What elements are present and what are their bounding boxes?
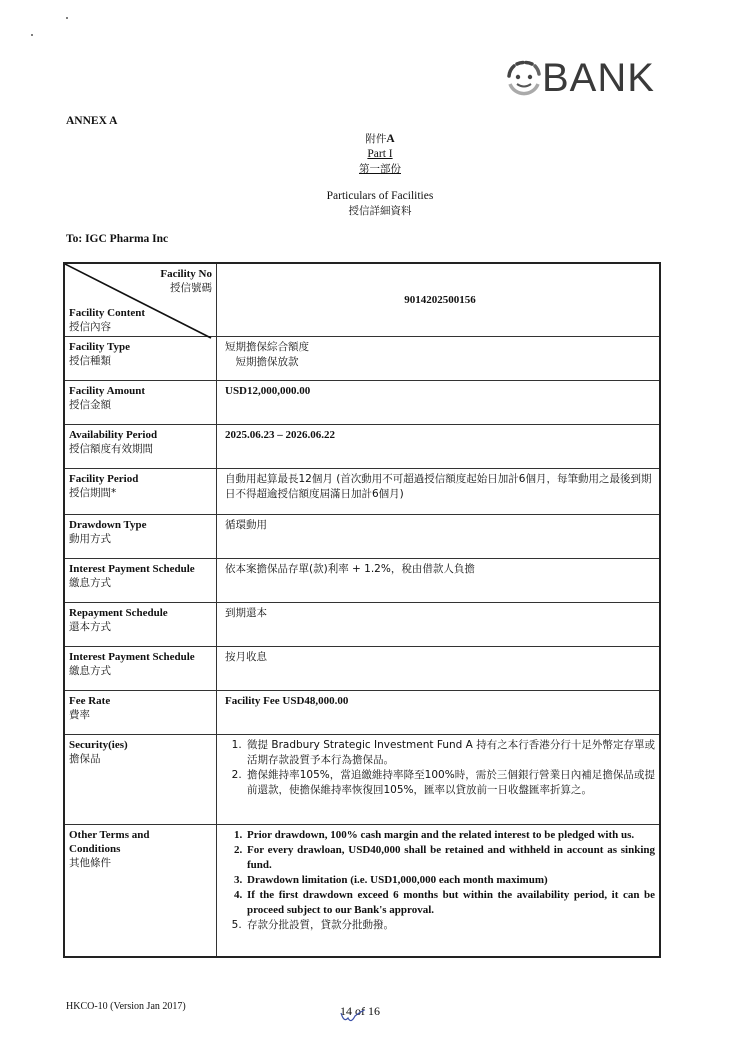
- table-row: Interest Payment Schedule繳息方式 按月收息: [64, 647, 660, 691]
- part-label: Part I: [250, 147, 510, 162]
- annex-label: ANNEX A: [66, 115, 117, 127]
- table-row: Security(ies)擔保品 徵提 Bradbury Strategic I…: [64, 735, 660, 825]
- list-item: 徵提 Bradbury Strategic Investment Fund A …: [245, 738, 655, 768]
- row-label: Security(ies)擔保品: [64, 735, 217, 825]
- title-zh: 授信詳細資料: [250, 204, 510, 219]
- list-item: 擔保維持率105%，當追繳維持率降至100%時，需於三個銀行營業日內補足擔保品或…: [245, 768, 655, 798]
- row-label: Interest Payment Schedule繳息方式: [64, 647, 217, 691]
- recipient: To: IGC Pharma Inc: [66, 233, 168, 245]
- row-value: 依本案擔保品存單(款)利率 + 1.2%，稅由借款人負擔: [217, 559, 661, 603]
- row-label: Drawdown Type動用方式: [64, 515, 217, 559]
- table-header-row: Facility No 授信號碼 Facility Content 授信內容 9…: [64, 263, 660, 337]
- table-row: Interest Payment Schedule繳息方式 依本案擔保品存單(款…: [64, 559, 660, 603]
- logo-text: BANK: [542, 58, 655, 98]
- part-heading: 附件A Part I 第一部份: [250, 132, 510, 177]
- row-label: Other Terms andConditions其他條件: [64, 825, 217, 957]
- row-value: 自動用起算最長12個月 (首次動用不可超過授信額度起始日加計6個月，每筆動用之最…: [217, 469, 661, 515]
- bank-logo: BANK: [504, 58, 655, 98]
- facility-number: 9014202500156: [217, 263, 661, 337]
- list-item: If the first drawdown exceed 6 months bu…: [245, 888, 655, 918]
- row-value: 短期擔保綜合額度 短期擔保放款: [217, 337, 661, 381]
- row-label: Facility Type授信種類: [64, 337, 217, 381]
- table-row: Facility Period授信期間* 自動用起算最長12個月 (首次動用不可…: [64, 469, 660, 515]
- scan-speck: [66, 17, 68, 19]
- row-label: Interest Payment Schedule繳息方式: [64, 559, 217, 603]
- row-label: Repayment Schedule還本方式: [64, 603, 217, 647]
- table-row: Facility Amount授信金額 USD12,000,000.00: [64, 381, 660, 425]
- row-value: Prior drawdown, 100% cash margin and the…: [217, 825, 661, 957]
- table-row: Drawdown Type動用方式 循環動用: [64, 515, 660, 559]
- table-row: Fee Rate費率 Facility Fee USD48,000.00: [64, 691, 660, 735]
- diagonal-header-cell: Facility No 授信號碼 Facility Content 授信內容: [64, 263, 217, 337]
- part-zh: 第一部份: [250, 162, 510, 177]
- row-value: 到期還本: [217, 603, 661, 647]
- annex-zh: 附件A: [250, 132, 510, 147]
- row-value: USD12,000,000.00: [217, 381, 661, 425]
- row-label: Availability Period授信額度有效期間: [64, 425, 217, 469]
- list-item: Prior drawdown, 100% cash margin and the…: [245, 828, 655, 843]
- row-label: Facility Amount授信金額: [64, 381, 217, 425]
- scan-speck: [31, 34, 33, 36]
- row-value: 2025.06.23 – 2026.06.22: [217, 425, 661, 469]
- table-row: Repayment Schedule還本方式 到期還本: [64, 603, 660, 647]
- row-value: 循環動用: [217, 515, 661, 559]
- initials-signature-icon: [338, 1010, 378, 1026]
- table-row: Availability Period授信額度有效期間 2025.06.23 –…: [64, 425, 660, 469]
- security-list: 徵提 Bradbury Strategic Investment Fund A …: [225, 738, 655, 798]
- list-item: For every drawloan, USD40,000 shall be r…: [245, 843, 655, 873]
- terms-list: Prior drawdown, 100% cash margin and the…: [225, 828, 655, 933]
- row-value: 按月收息: [217, 647, 661, 691]
- list-item: 存款分批設質，貸款分批動撥。: [245, 918, 655, 933]
- row-value: 徵提 Bradbury Strategic Investment Fund A …: [217, 735, 661, 825]
- title-en: Particulars of Facilities: [250, 189, 510, 204]
- table-row: Facility Type授信種類 短期擔保綜合額度 短期擔保放款: [64, 337, 660, 381]
- row-label: Fee Rate費率: [64, 691, 217, 735]
- smiley-face-icon: [504, 58, 544, 98]
- list-item: Drawdown limitation (i.e. USD1,000,000 e…: [245, 873, 655, 888]
- facility-content-header: Facility Content 授信內容: [69, 306, 145, 334]
- document-title: Particulars of Facilities 授信詳細資料: [250, 189, 510, 219]
- row-value: Facility Fee USD48,000.00: [217, 691, 661, 735]
- row-label: Facility Period授信期間*: [64, 469, 217, 515]
- form-code: HKCO-10 (Version Jan 2017): [66, 1001, 186, 1012]
- facilities-table: Facility No 授信號碼 Facility Content 授信內容 9…: [63, 262, 661, 958]
- facility-no-header: Facility No 授信號碼: [160, 267, 212, 295]
- table-row: Other Terms andConditions其他條件 Prior draw…: [64, 825, 660, 957]
